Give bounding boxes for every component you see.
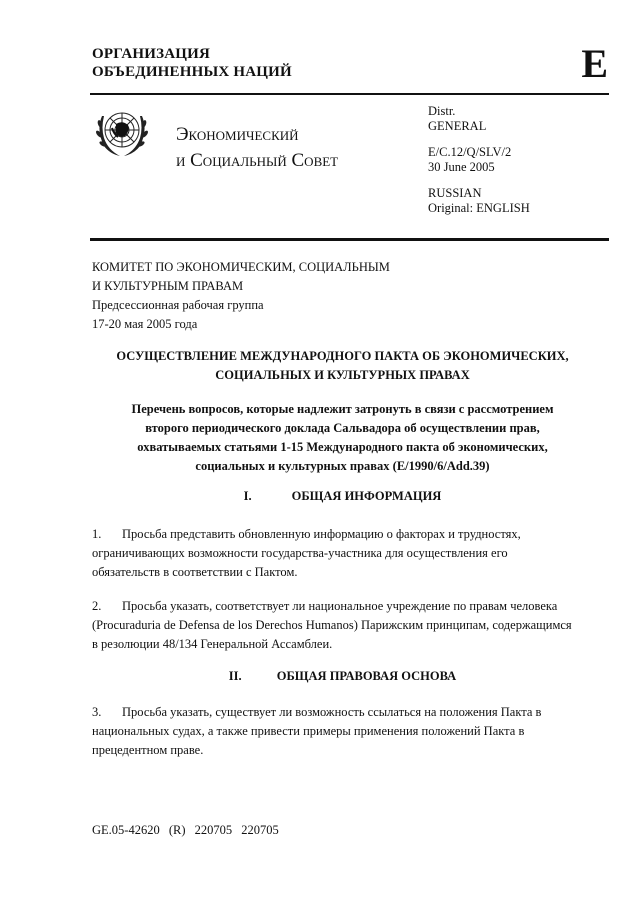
paragraph-line: Просьба представить обновленную информац… [122,527,521,541]
paragraph-line: Просьба указать, соответствует ли национ… [122,599,557,613]
document-date: 30 June 2005 [428,160,530,175]
paragraph-line: национальных судах, а также привести при… [92,722,602,741]
distribution-value: GENERAL [428,119,530,134]
paragraph-number: 1. [92,525,122,544]
paragraph: 2.Просьба указать, соответствует ли наци… [92,597,617,654]
paragraph-line: прецедентном праве. [92,741,602,760]
document-symbol: E/C.12/Q/SLV/2 [428,145,530,160]
section-title: ОБЩАЯ ПРАВОВАЯ ОСНОВА [277,669,456,683]
distribution-label: Distr. [428,104,530,119]
document-language: RUSSIAN [428,186,530,201]
original-language: Original: ENGLISH [428,201,530,216]
paragraph: 3.Просьба указать, существует ли возможн… [92,703,602,760]
document-metadata: Distr. GENERAL E/C.12/Q/SLV/2 30 June 20… [428,104,530,216]
council-name-line1: Экономический [176,122,338,148]
document-subtitle: Перечень вопросов, которые надлежит затр… [90,400,595,476]
paragraph-line: (Procuraduria de Defensa de los Derechos… [92,616,617,635]
paragraph-line: в резолюции 48/134 Генеральной Ассамблеи… [92,635,617,654]
committee-line2: И КУЛЬТУРНЫМ ПРАВАМ [92,277,390,296]
section-title: ОБЩАЯ ИНФОРМАЦИЯ [292,489,442,503]
section-number: II. [229,667,277,686]
header-divider [90,93,609,95]
subtitle-line4: социальных и культурных правах (E/1990/6… [90,457,595,476]
organization-name-line2: ОБЪЕДИНЕННЫХ НАЦИЙ [92,63,292,81]
paragraph-line: обязательств в соответствии с Пактом. [92,563,602,582]
committee-line1: КОМИТЕТ ПО ЭКОНОМИЧЕСКИМ, СОЦИАЛЬНЫМ [92,258,390,277]
organization-name: ОРГАНИЗАЦИЯ ОБЪЕДИНЕННЫХ НАЦИЙ [92,45,292,81]
main-divider [90,238,609,241]
subtitle-line2: второго периодического доклада Сальвадор… [90,419,595,438]
subtitle-line1: Перечень вопросов, которые надлежит затр… [90,400,595,419]
job-number: GE.05-42620 (R) 220705 220705 [92,823,279,838]
document-title: ОСУЩЕСТВЛЕНИЕ МЕЖДУНАРОДНОГО ПАКТА ОБ ЭК… [90,347,595,385]
paragraph: 1.Просьба представить обновленную информ… [92,525,602,582]
language-letter: E [581,44,608,84]
paragraph-line: Просьба указать, существует ли возможнос… [122,705,541,719]
council-name-line2: и Социальный Совет [176,148,338,174]
paragraph-line: ограничивающих возможности государства-у… [92,544,602,563]
organization-name-line1: ОРГАНИЗАЦИЯ [92,45,292,63]
council-name: Экономический и Социальный Совет [176,122,338,174]
section-heading: II.ОБЩАЯ ПРАВОВАЯ ОСНОВА [90,667,595,686]
committee-block: КОМИТЕТ ПО ЭКОНОМИЧЕСКИМ, СОЦИАЛЬНЫМ И К… [92,258,390,334]
section-number: I. [244,487,292,506]
section-heading: I.ОБЩАЯ ИНФОРМАЦИЯ [90,487,595,506]
title-line1: ОСУЩЕСТВЛЕНИЕ МЕЖДУНАРОДНОГО ПАКТА ОБ ЭК… [90,347,595,366]
paragraph-number: 2. [92,597,122,616]
working-group: Предсессионная рабочая группа [92,296,390,315]
paragraph-number: 3. [92,703,122,722]
subtitle-line3: охватываемых статьями 1-15 Международног… [90,438,595,457]
title-line2: СОЦИАЛЬНЫХ И КУЛЬТУРНЫХ ПРАВАХ [90,366,595,385]
meeting-dates: 17-20 мая 2005 года [92,315,390,334]
un-emblem-icon [92,104,152,160]
